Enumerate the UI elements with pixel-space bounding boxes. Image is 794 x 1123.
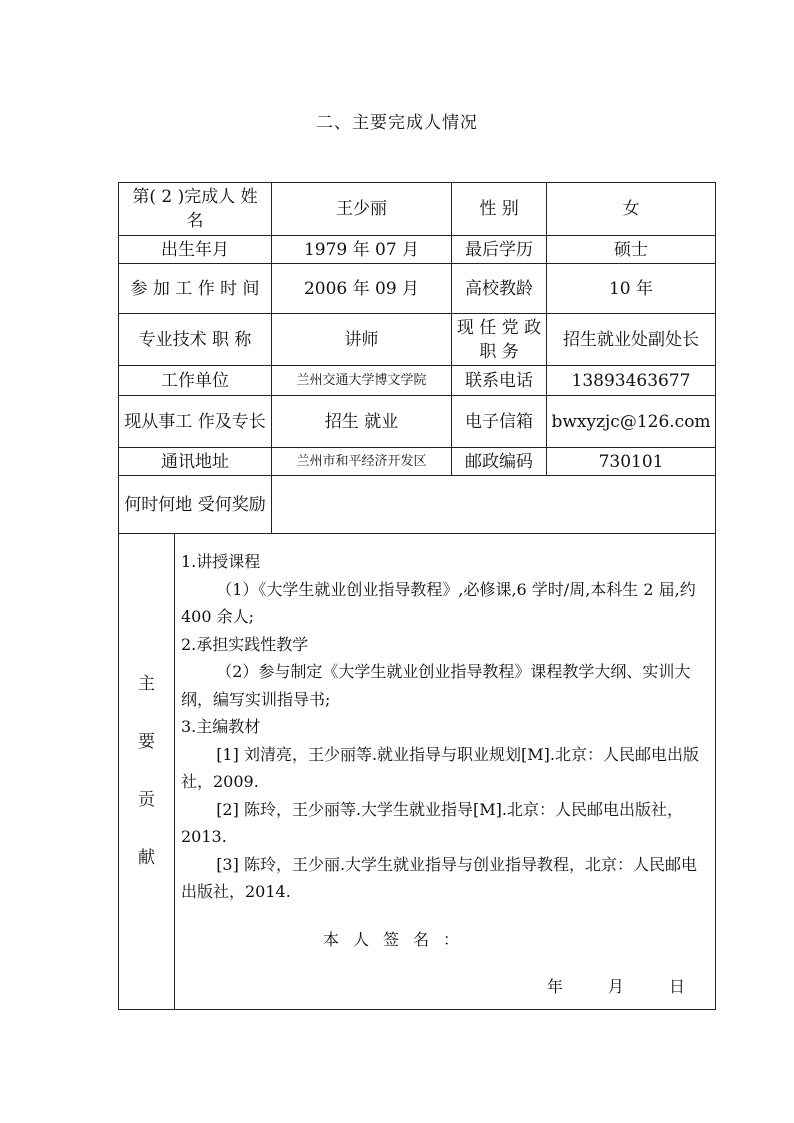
value-awards xyxy=(272,476,716,534)
contributions-content: 1.讲授课程 （1）《大学生就业创业指导教程》,必修课,6 学时/周,本科生 2… xyxy=(175,534,716,1010)
value-education: 硕士 xyxy=(547,236,716,264)
label-work-start: 参 加 工 作 时 间 xyxy=(119,264,272,314)
label-education: 最后学历 xyxy=(452,236,547,264)
value-specialty: 招生 就业 xyxy=(272,396,452,448)
label-rank-name: 第( 2 )完成人 姓 名 xyxy=(119,183,272,236)
signature-line: 本人签名： xyxy=(181,926,709,954)
value-email: bwxyzjc@126.com xyxy=(547,396,716,448)
value-name: 王少丽 xyxy=(272,183,452,236)
label-employer: 工作单位 xyxy=(119,366,272,396)
label-awards: 何时何地 受何奖励 xyxy=(119,476,272,534)
value-work-start: 2006 年 09 月 xyxy=(272,264,452,314)
label-position: 现 任 党 政 职 务 xyxy=(452,314,547,366)
section-title: 二、主要完成人情况 xyxy=(0,108,794,133)
label-teaching-years: 高校教龄 xyxy=(452,264,547,314)
value-gender: 女 xyxy=(547,183,716,236)
label-email: 电子信箱 xyxy=(452,396,547,448)
value-address: 兰州市和平经济开发区 xyxy=(272,448,452,476)
value-postcode: 730101 xyxy=(547,448,716,476)
label-contributions: 主要贡献 xyxy=(119,534,175,1010)
label-birth: 出生年月 xyxy=(119,236,272,264)
label-phone: 联系电话 xyxy=(452,366,547,396)
label-postcode: 邮政编码 xyxy=(452,448,547,476)
label-gender: 性 别 xyxy=(452,183,547,236)
value-birth: 1979 年 07 月 xyxy=(272,236,452,264)
value-phone: 13893463677 xyxy=(547,366,716,396)
value-title: 讲师 xyxy=(272,314,452,366)
value-position: 招生就业处副处长 xyxy=(547,314,716,366)
value-teaching-years: 10 年 xyxy=(547,264,716,314)
label-title: 专业技术 职 称 xyxy=(119,314,272,366)
date-line: 年 月 日 xyxy=(181,973,709,1001)
label-address: 通讯地址 xyxy=(119,448,272,476)
personnel-form-table: 第( 2 )完成人 姓 名 王少丽 性 别 女 出生年月 1979 年 07 月… xyxy=(118,182,716,1010)
label-specialty: 现从事工 作及专长 xyxy=(119,396,272,448)
value-employer: 兰州交通大学博文学院 xyxy=(272,366,452,396)
